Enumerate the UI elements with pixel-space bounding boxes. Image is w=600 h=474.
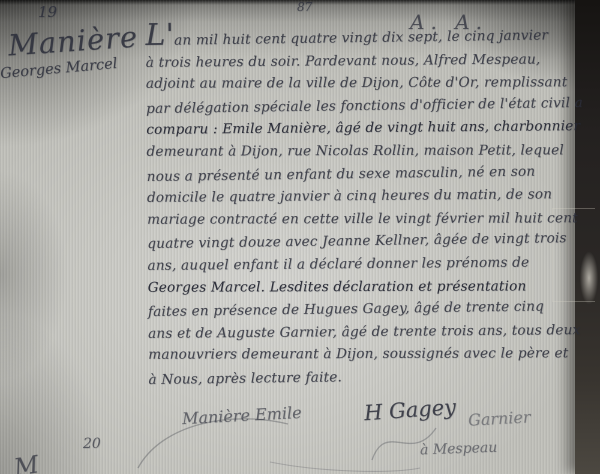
next-act-fragment: M: [12, 450, 41, 474]
manuscript-line: à Nous, après lecture faite.: [148, 363, 580, 392]
manuscript-line: demeurant à Dijon, rue Nicolas Rollin, m…: [146, 139, 578, 163]
signature-flourish: [120, 398, 480, 474]
margin-surname: Manière: [7, 21, 139, 60]
manuscript-line: ans, auquel enfant il a déclaré donner l…: [147, 251, 579, 277]
registry-photo: 19 Manière Georges Marcel 20 M 87 A. A. …: [0, 0, 600, 474]
act-number: 19: [38, 3, 57, 21]
manuscript-body: L'an mil huit cent quatre vingt dix sept…: [145, 25, 580, 390]
next-act-number: 20: [83, 436, 101, 452]
page-number: 87: [297, 0, 312, 14]
manuscript-line: ans et de Auguste Garnier, âgé de trente…: [148, 319, 580, 345]
